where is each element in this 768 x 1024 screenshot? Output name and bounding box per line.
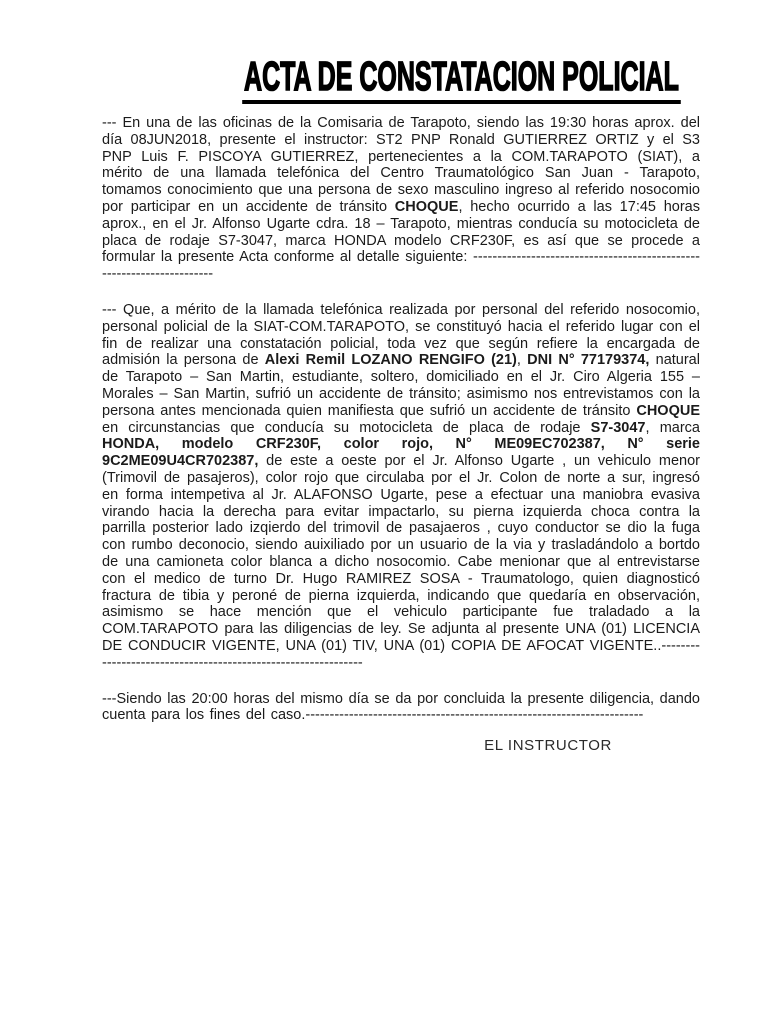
bold-text-run: S7-3047: [591, 420, 646, 436]
bold-text-run: DNI N° 77179374,: [527, 352, 649, 368]
paragraph-closing: ---Siendo las 20:00 horas del mismo día …: [102, 691, 700, 725]
document-content: ACTA DE CONSTATACION POLICIAL --- En una…: [102, 0, 700, 755]
text-run: ---Siendo las 20:00 horas del mismo día …: [102, 691, 700, 724]
text-run: de este a oeste por el Jr. Alfonso Ugart…: [102, 453, 700, 671]
bold-text-run: CHOQUE: [636, 403, 700, 419]
paragraph-body: --- Que, a mérito de la llamada telefóni…: [102, 302, 700, 672]
text-run: , marca: [646, 420, 701, 436]
paragraph-intro: --- En una de las oficinas de la Comisar…: [102, 115, 700, 283]
bold-text-run: Alexi Remil LOZANO RENGIFO (21): [265, 352, 517, 368]
document-page: ACTA DE CONSTATACION POLICIAL --- En una…: [0, 0, 768, 1024]
text-run: ,: [517, 352, 527, 368]
document-title: ACTA DE CONSTATACION POLICIAL: [102, 0, 700, 104]
document-body: --- En una de las oficinas de la Comisar…: [102, 115, 700, 724]
document-title-text: ACTA DE CONSTATACION POLICIAL: [242, 54, 681, 104]
signature-el-instructor: EL INSTRUCTOR: [102, 738, 700, 755]
text-run: en circunstancias que conducía su motoci…: [102, 420, 591, 436]
bold-text-run: CHOQUE: [395, 199, 459, 215]
